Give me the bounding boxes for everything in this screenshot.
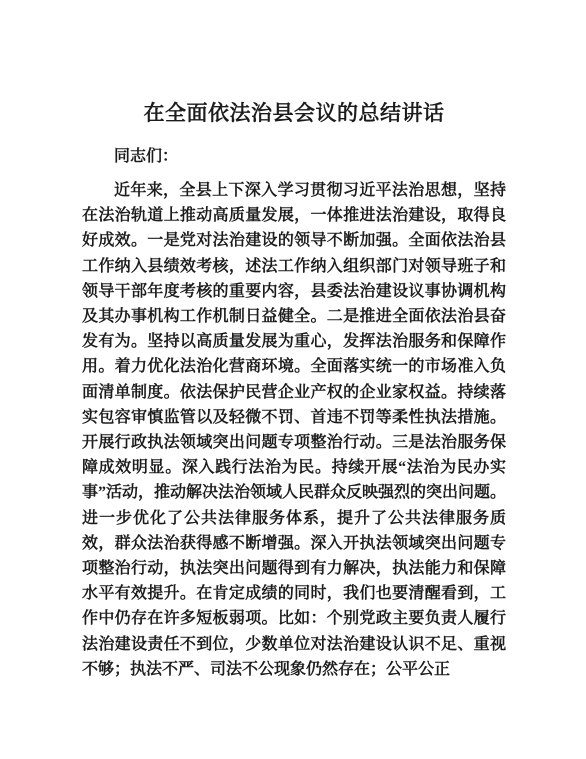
body-paragraph: 近年来，全县上下深入学习贯彻习近平法治思想，坚持在法治轨道上推动高质量发展，一体…	[82, 178, 506, 682]
salutation-line: 同志们：	[82, 144, 506, 169]
document-page: 在全面依法治县会议的总结讲话 同志们： 近年来，全县上下深入学习贯彻习近平法治思…	[0, 0, 586, 759]
document-title: 在全面依法治县会议的总结讲话	[82, 100, 506, 127]
